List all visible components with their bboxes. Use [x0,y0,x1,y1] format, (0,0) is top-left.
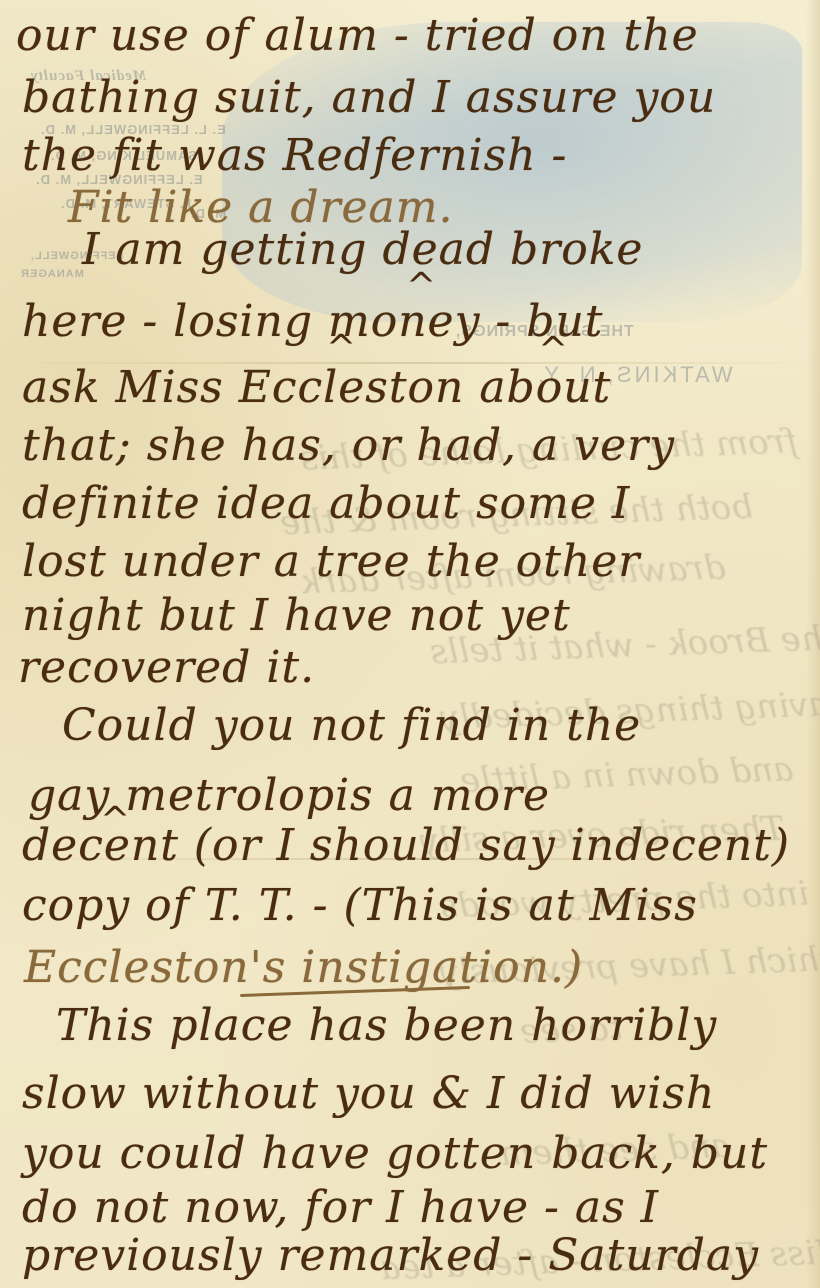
letter-line: Could you not find in the [62,700,641,751]
letter-line: decent (or I should say indecent) [22,820,790,871]
letter-line: our use of alum - tried on the [16,10,699,61]
letter-line: definite idea about some I [22,478,630,529]
letter-line: I am getting dead broke [82,224,643,275]
letter-line: night but I have not yet [22,590,571,641]
letter-line: copy of T. T. - (This is at Miss [22,880,698,931]
letter-line: you could have gotten back, but [22,1128,768,1179]
letter-line: slow without you & I did wish [22,1068,715,1119]
letter-line: Eccleston's instigation.) [24,942,583,993]
letter-line: the fit was Redfernish - [22,130,567,181]
letter-line: ask Miss Eccleston about [22,362,611,413]
letter-body: our use of alum - tried on the bathing s… [0,0,820,1288]
letter-line: This place has been horribly [56,1000,717,1051]
letter-line: previously remarked - Saturday [22,1230,759,1281]
letter-line: recovered it. [18,642,315,693]
letter-line: here - losing money - but [22,296,603,347]
letter-line: that; she has, or had, a very [22,420,675,471]
letter-line: bathing suit, and I assure you [22,72,716,123]
letter-line: do not now, for I have - as I [22,1182,659,1233]
insertion-caret: ^ [406,266,436,307]
letter-line: lost under a tree the other [22,536,640,587]
